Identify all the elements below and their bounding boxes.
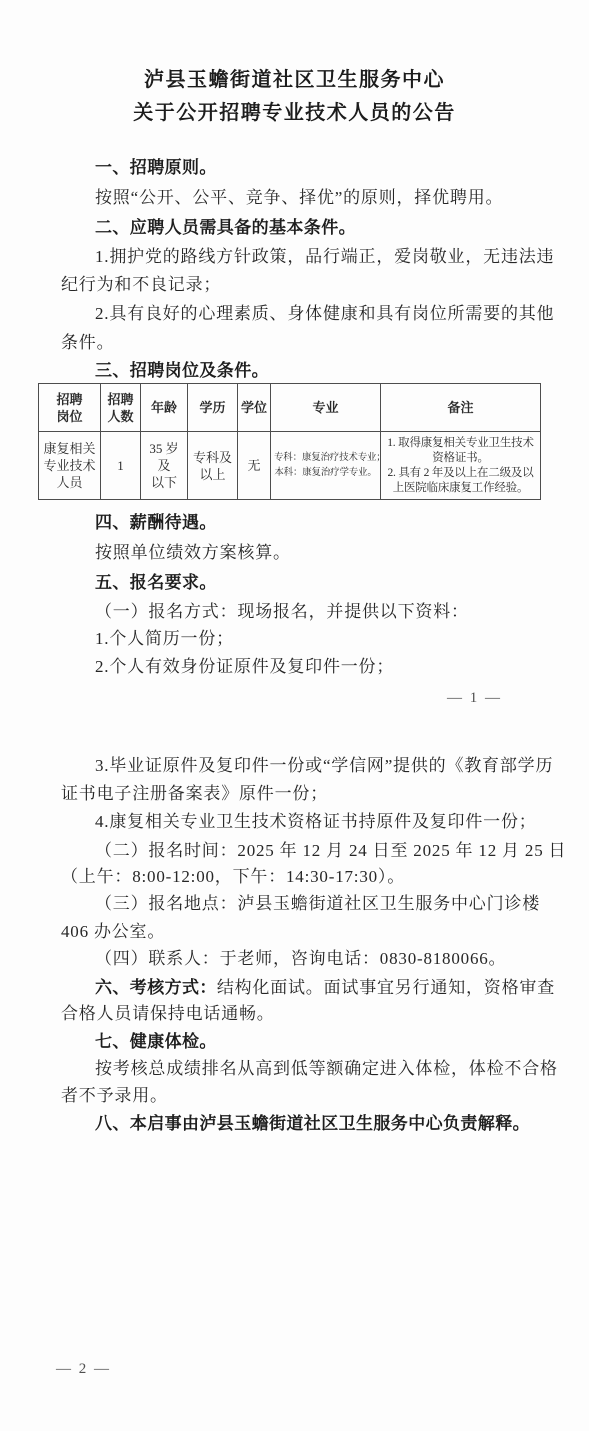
cell-count: 1 <box>101 432 141 500</box>
line-material-certificate: 4.康复相关专业卫生技术资格证书持原件及复印件一份； <box>61 811 537 833</box>
col-header-education: 学历 <box>188 384 238 432</box>
line-salary-body: 按照单位绩效方案核算。 <box>61 542 291 564</box>
line-health-check-b: 者不予录用。 <box>61 1085 168 1107</box>
page-number-1: — 1 — <box>447 690 502 707</box>
line-condition-1a: 1.拥护党的路线方针政策，品行端正，爱岗敬业，无违法违 <box>61 246 554 268</box>
cell-age: 35 岁及 以下 <box>141 432 188 500</box>
line-registration-place-b: 406 办公室。 <box>61 921 165 943</box>
heading-positions-and-conditions: 三、招聘岗位及条件。 <box>61 360 269 382</box>
line-contact-person: （四）联系人：于老师，咨询电话：0830-8180066。 <box>61 948 506 970</box>
line-material-diploma-a: 3.毕业证原件及复印件一份或“学信网”提供的《教育部学历 <box>61 755 553 777</box>
line-material-resume: 1.个人简历一份； <box>61 628 234 650</box>
cell-post: 康复相关 专业技术 人员 <box>39 432 101 500</box>
positions-table: 招聘 岗位 招聘 人数 年龄 学历 学位 专业 备注 康复相关 专业技术 人员 … <box>38 383 541 500</box>
heading-salary: 四、薪酬待遇。 <box>61 512 217 534</box>
col-header-count: 招聘 人数 <box>101 384 141 432</box>
document-title-line1: 泸县玉蟾街道社区卫生服务中心 <box>0 63 589 92</box>
col-header-major: 专业 <box>271 384 381 432</box>
heading-health-check: 七、健康体检。 <box>61 1031 217 1053</box>
line-material-id-card: 2.个人有效身份证原件及复印件一份； <box>61 656 394 678</box>
page-number-2: — 2 — <box>56 1361 111 1378</box>
line-assessment-method: 六、考核方式：结构化面试。面试事宜另行通知，资格审查 <box>61 977 555 999</box>
heading-basic-conditions: 二、应聘人员需具备的基本条件。 <box>61 217 356 239</box>
line-condition-1b: 纪行为和不良记录； <box>61 274 221 296</box>
line-registration-place-a: （三）报名地点：泸县玉蟾街道社区卫生服务中心门诊楼 <box>61 893 540 915</box>
line-principles-body: 按照“公开、公平、竞争、择优”的原则，择优聘用。 <box>61 187 503 209</box>
assessment-method-text: 结构化面试。面试事宜另行通知，资格审查 <box>217 978 555 997</box>
line-material-diploma-b: 证书电子注册备案表》原件一份； <box>61 783 328 805</box>
assessment-method-label: 六、考核方式： <box>95 978 217 997</box>
major-line-benke: 本科：康复治疗学专业。 <box>274 466 377 481</box>
line-health-check-a: 按考核总成绩排名从高到低等额确定进入体检，体检不合格 <box>61 1058 558 1080</box>
remark-item-2: 2. 具有 2 年及以上在二级及以上医院临床康复工作经验。 <box>384 466 537 496</box>
col-header-post: 招聘 岗位 <box>39 384 101 432</box>
major-line-zhuanke: 专科：康复治疗技术专业； <box>274 451 377 466</box>
col-header-remark: 备注 <box>381 384 541 432</box>
line-registration-time-b: （上午：8:00-12:00，下午：14:30-17:30）。 <box>61 866 405 888</box>
cell-education: 专科及 以上 <box>188 432 238 500</box>
heading-recruitment-principles: 一、招聘原则。 <box>61 157 217 179</box>
document-title-line2: 关于公开招聘专业技术人员的公告 <box>0 96 589 125</box>
line-condition-2b: 条件。 <box>61 332 114 354</box>
heading-registration-requirements: 五、报名要求。 <box>61 572 217 594</box>
line-registration-time-a: （二）报名时间：2025 年 12 月 24 日至 2025 年 12 月 25… <box>61 840 566 862</box>
line-condition-2a: 2.具有良好的心理素质、身体健康和具有岗位所需要的其他 <box>61 303 554 325</box>
cell-degree: 无 <box>238 432 271 500</box>
document-scan: 泸县玉蟾街道社区卫生服务中心 关于公开招聘专业技术人员的公告 一、招聘原则。 按… <box>0 0 589 1431</box>
table-row: 康复相关 专业技术 人员 1 35 岁及 以下 专科及 以上 无 专科：康复治疗… <box>39 432 541 500</box>
heading-interpretation: 八、本启事由泸县玉蟾街道社区卫生服务中心负责解释。 <box>61 1113 530 1135</box>
cell-major: 专科：康复治疗技术专业； 本科：康复治疗学专业。 <box>271 432 381 500</box>
line-registration-method: （一）报名方式：现场报名，并提供以下资料： <box>61 601 469 623</box>
line-assessment-method-b: 合格人员请保持电话通畅。 <box>61 1003 275 1025</box>
remark-item-1: 1. 取得康复相关专业卫生技术资格证书。 <box>384 436 537 466</box>
col-header-age: 年龄 <box>141 384 188 432</box>
table-header-row: 招聘 岗位 招聘 人数 年龄 学历 学位 专业 备注 <box>39 384 541 432</box>
col-header-degree: 学位 <box>238 384 271 432</box>
cell-remark: 1. 取得康复相关专业卫生技术资格证书。 2. 具有 2 年及以上在二级及以上医… <box>381 432 541 500</box>
